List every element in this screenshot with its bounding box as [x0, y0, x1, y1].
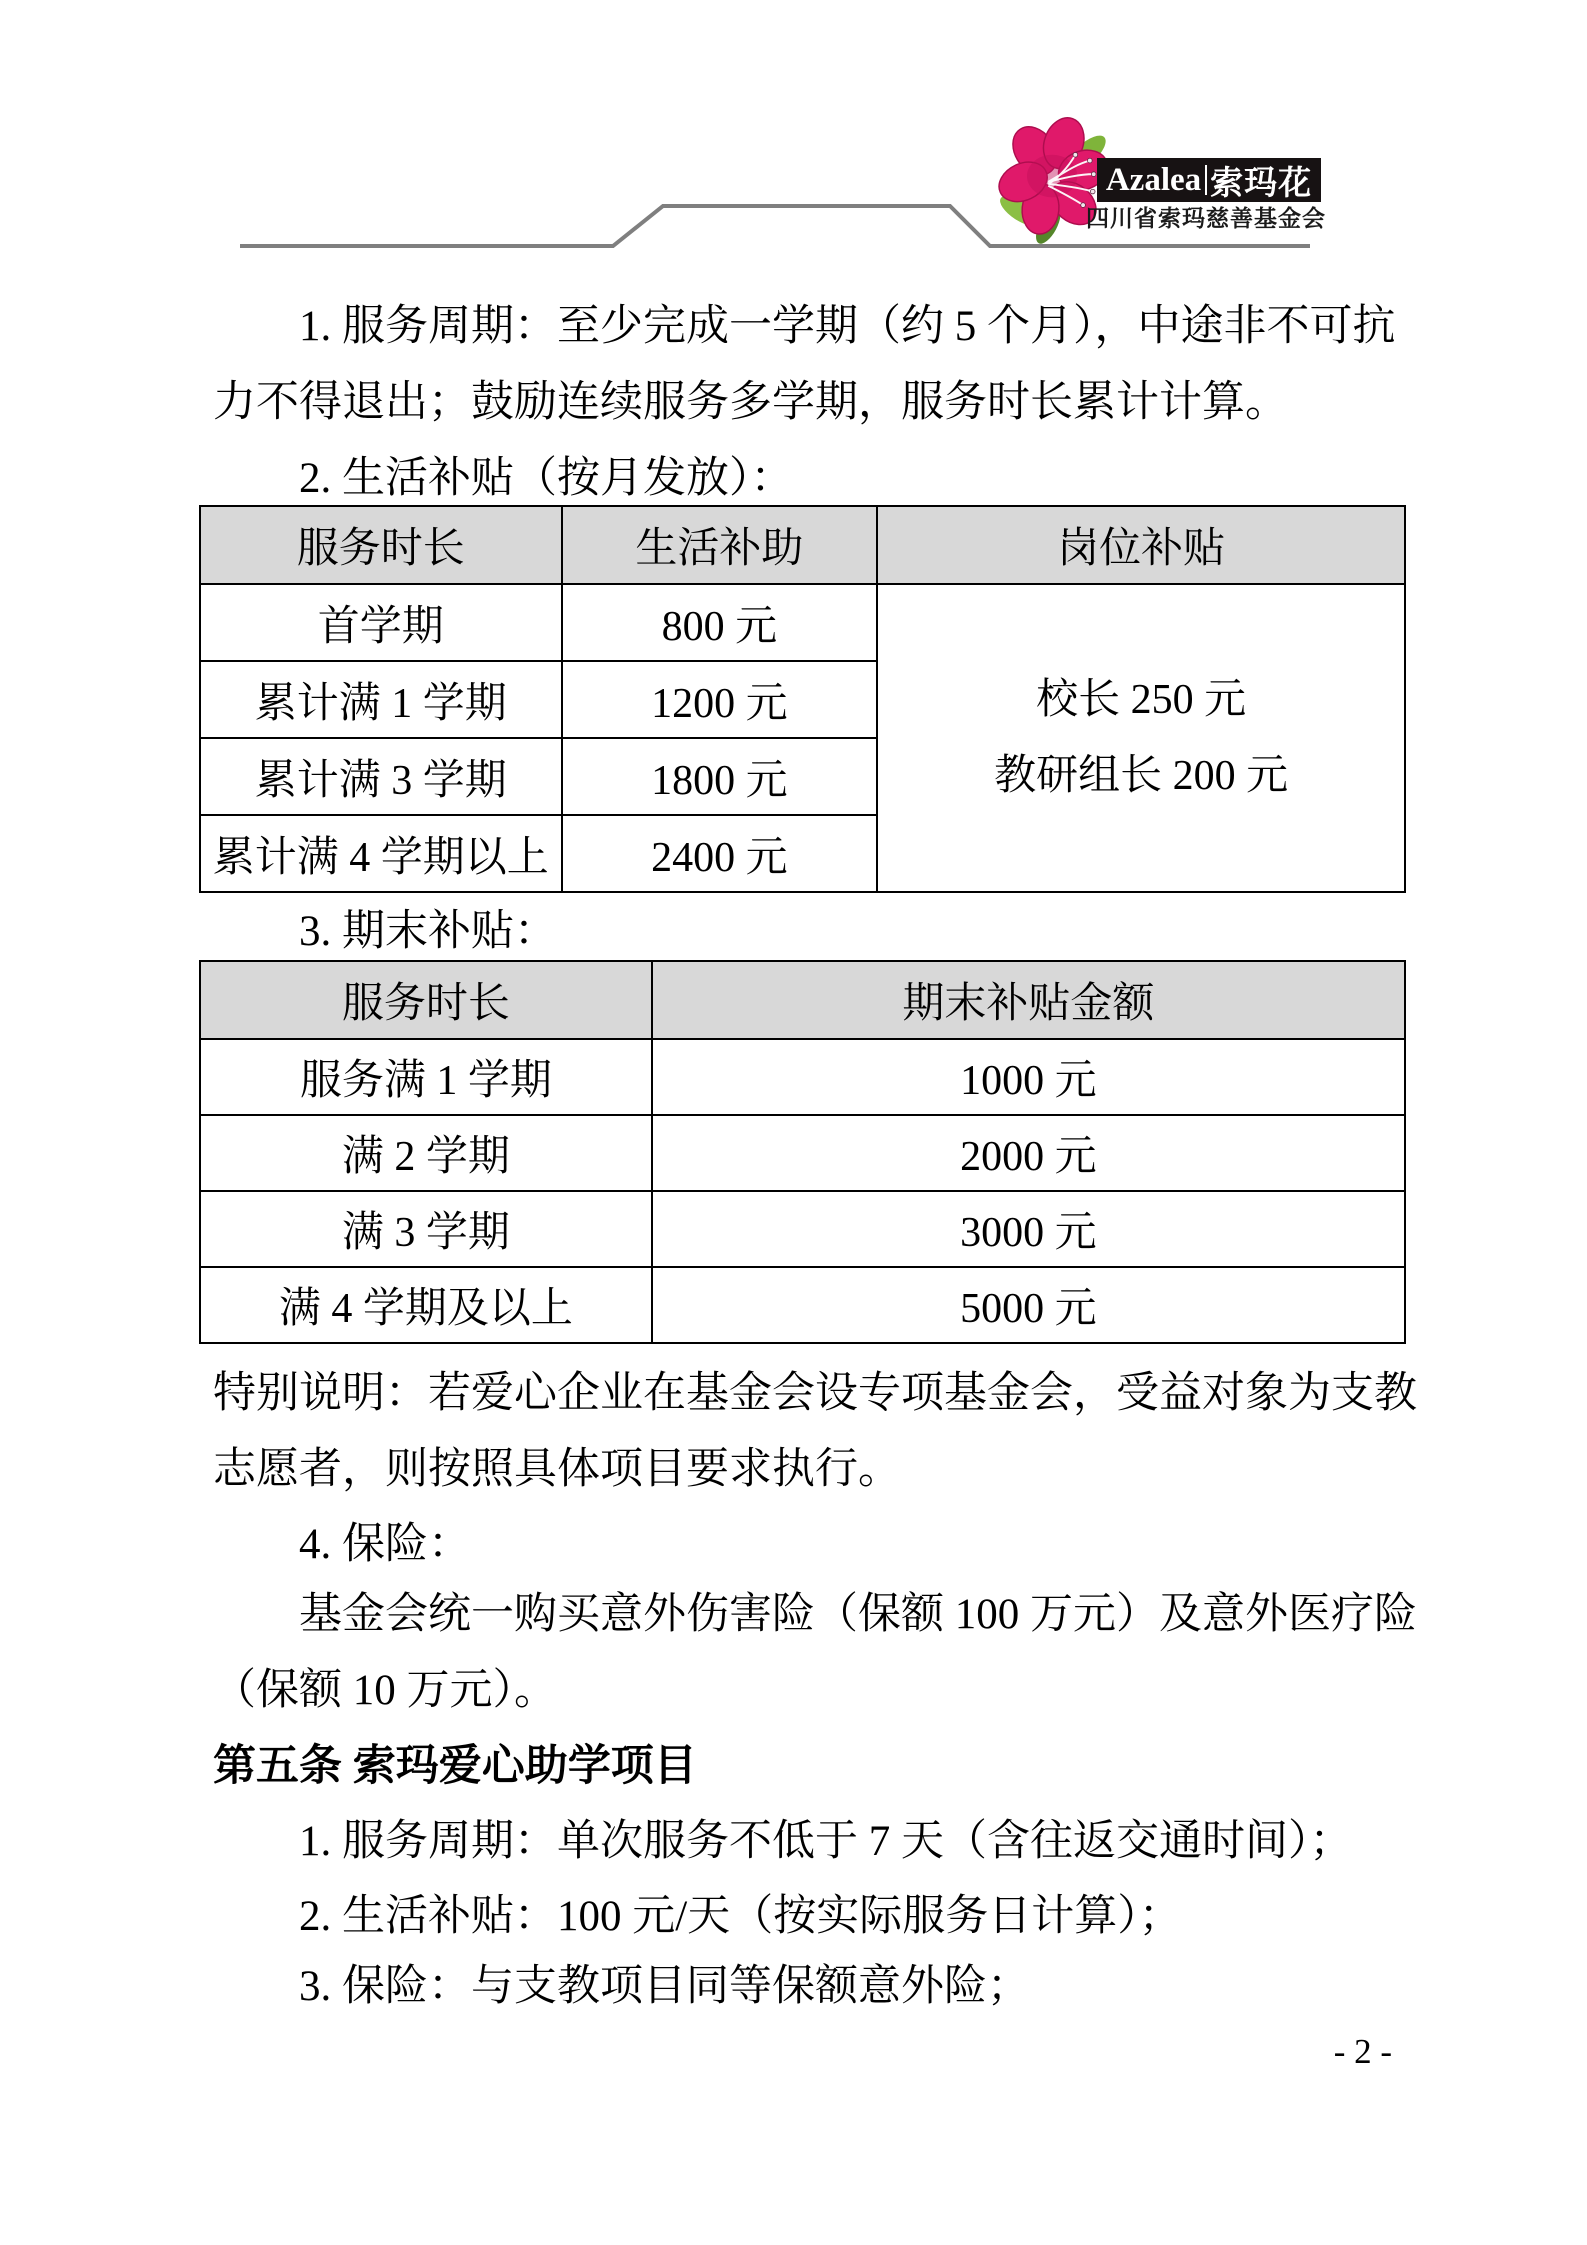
cell-amount: 1800 元: [562, 738, 878, 815]
text-line: 1. 服务周期：至少完成一学期（约 5 个月），中途非不可抗: [213, 289, 1413, 365]
page-number: - 2 -: [1334, 2032, 1392, 2072]
table-row: 满 3 学期 3000 元: [200, 1191, 1405, 1267]
article5-title: 第五条 索玛爱心助学项目: [213, 1729, 1413, 1805]
logo-separator-bar: [1205, 165, 1207, 195]
cell-term: 累计满 1 学期: [200, 661, 562, 738]
paragraph-term-end-subsidy: 3. 期末补贴：: [213, 894, 1413, 970]
document-page: Azalea 索玛花 四川省索玛慈善基金会 1. 服务周期：至少完成一学期（约 …: [0, 0, 1587, 2245]
logo-banner: Azalea 索玛花: [1097, 158, 1321, 202]
article5-item-insurance: 3. 保险：与支教项目同等保额意外险；: [213, 1949, 1413, 2025]
cell-term: 满 3 学期: [200, 1191, 652, 1267]
paragraph-insurance-detail: 基金会统一购买意外伤害险（保额 100 万元）及意外医疗险 （保额 10 万元）…: [213, 1577, 1413, 1729]
table-header-row: 服务时长 期末补贴金额: [200, 961, 1405, 1039]
article5-item-service-cycle: 1. 服务周期：单次服务不低于 7 天（含往返交通时间）；: [213, 1804, 1413, 1880]
cell-amount: 3000 元: [652, 1191, 1405, 1267]
col-header-service-length: 服务时长: [200, 961, 652, 1039]
cell-amount: 1200 元: [562, 661, 878, 738]
col-header-living-allowance: 生活补助: [562, 506, 878, 584]
term-end-subsidy-table: 服务时长 期末补贴金额 服务满 1 学期 1000 元 满 2 学期 2000 …: [199, 960, 1406, 1344]
cell-amount: 800 元: [562, 584, 878, 661]
cell-post-subsidy-merged: 校长 250 元 教研组长 200 元: [877, 584, 1405, 892]
table-row: 满 4 学期及以上 5000 元: [200, 1267, 1405, 1343]
cell-term: 累计满 3 学期: [200, 738, 562, 815]
paragraph-insurance-heading: 4. 保险：: [213, 1507, 1413, 1583]
text-line: 志愿者，则按照具体项目要求执行。: [213, 1432, 1413, 1508]
text-line: 特别说明：若爱心企业在基金会设专项基金会，受益对象为支教: [213, 1356, 1413, 1432]
col-header-term-end-amount: 期末补贴金额: [652, 961, 1405, 1039]
cell-amount: 5000 元: [652, 1267, 1405, 1343]
table-row: 服务满 1 学期 1000 元: [200, 1039, 1405, 1115]
article5-item-living-subsidy: 2. 生活补贴：100 元/天（按实际服务日计算）；: [213, 1879, 1413, 1955]
table-header-row: 服务时长 生活补助 岗位补贴: [200, 506, 1405, 584]
col-header-post-subsidy: 岗位补贴: [877, 506, 1405, 584]
monthly-subsidy-table: 服务时长 生活补助 岗位补贴 首学期 800 元 校长 250 元 教研组长 2…: [199, 505, 1406, 893]
logo-text-en: Azalea: [1106, 162, 1201, 199]
header-divider-line: [0, 0, 1587, 300]
cell-amount: 2400 元: [562, 815, 878, 892]
cell-term: 首学期: [200, 584, 562, 661]
paragraph-service-cycle: 1. 服务周期：至少完成一学期（约 5 个月），中途非不可抗 力不得退出；鼓励连…: [213, 289, 1413, 441]
text-line: 基金会统一购买意外伤害险（保额 100 万元）及意外医疗险: [213, 1577, 1413, 1653]
cell-term: 累计满 4 学期以上: [200, 815, 562, 892]
text-line: （保额 10 万元）。: [213, 1653, 1413, 1729]
logo-text-cn: 索玛花: [1210, 157, 1312, 204]
text-line: 力不得退出；鼓励连续服务多学期，服务时长累计计算。: [213, 365, 1413, 441]
table-row: 满 2 学期 2000 元: [200, 1115, 1405, 1191]
paragraph-special-note: 特别说明：若爱心企业在基金会设专项基金会，受益对象为支教 志愿者，则按照具体项目…: [213, 1356, 1413, 1508]
col-header-service-length: 服务时长: [200, 506, 562, 584]
cell-amount: 1000 元: [652, 1039, 1405, 1115]
post-subsidy-principal: 校长 250 元: [878, 662, 1404, 738]
cell-term: 服务满 1 学期: [200, 1039, 652, 1115]
cell-term: 满 2 学期: [200, 1115, 652, 1191]
table-row: 首学期 800 元 校长 250 元 教研组长 200 元: [200, 584, 1405, 661]
cell-term: 满 4 学期及以上: [200, 1267, 652, 1343]
cell-amount: 2000 元: [652, 1115, 1405, 1191]
organization-name: 四川省索玛慈善基金会: [1086, 200, 1324, 230]
post-subsidy-research-leader: 教研组长 200 元: [878, 738, 1404, 814]
